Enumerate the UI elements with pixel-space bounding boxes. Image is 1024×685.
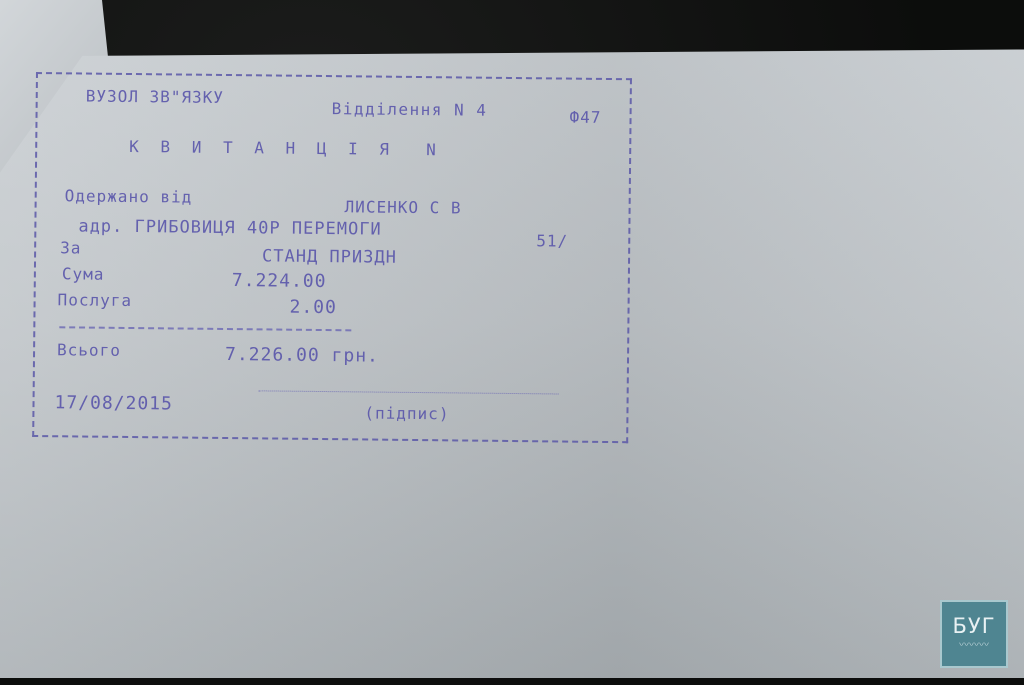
total-value: 7.226.00 грн. [225,344,379,367]
waves-icon: 〰〰〰 [942,642,1006,650]
amount-label: Сума [62,264,105,283]
postal-receipt: ВУЗОЛ ЗВ"ЯЗКУ Відділення N 4 Ф47 К В И Т… [32,72,632,443]
receipt-date: 17/08/2015 [54,392,173,414]
address-number: 51/ [536,231,568,250]
for-value: СТАНД ПРИЗДН [262,246,397,267]
bug-watermark-logo: БУГ 〰〰〰 [940,600,1008,668]
organization-name: ВУЗОЛ ЗВ"ЯЗКУ [86,87,224,107]
logo-text: БУГ [942,614,1006,638]
received-from-value: ЛИСЕНКО С В [345,197,462,217]
receipt-title: К В И Т А Н Ц І Я N [129,137,442,159]
payer-address: адр. ГРИБОВИЦЯ 40Р ПЕРЕМОГИ [78,216,382,239]
service-fee-value: 2.00 [289,297,337,318]
branch-number: Відділення N 4 [332,99,488,120]
form-number: Ф47 [569,108,601,127]
total-label: Всього [57,340,121,360]
signature-label: (підпис) [364,403,449,423]
amount-value: 7.224.00 [232,270,327,292]
for-label: За [60,238,81,257]
received-from-label: Одержано від [65,186,193,206]
service-label: Послуга [58,290,133,310]
